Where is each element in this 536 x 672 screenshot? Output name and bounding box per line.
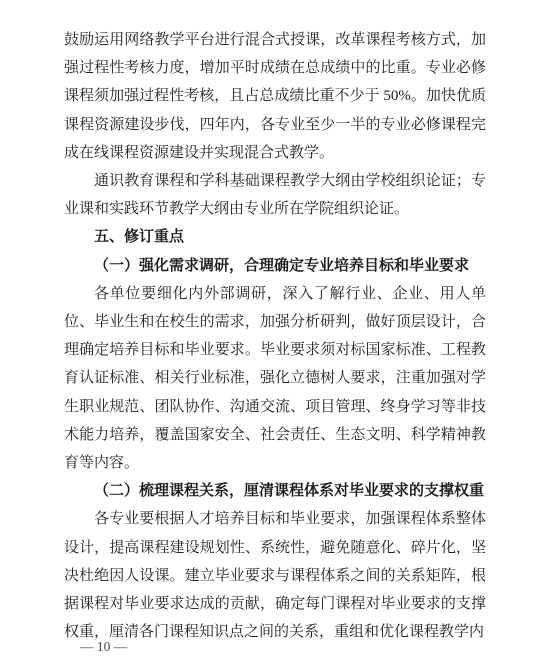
paragraph-course-system-design: 各专业要根据人才培养目标和毕业要求，加强课程体系整体设计，提高课程建设规划性、系… <box>64 505 486 646</box>
subsection-heading-demand-research: （一）强化需求调研，合理确定专业培养目标和毕业要求 <box>64 252 486 280</box>
page-number: — 10 — <box>80 637 127 657</box>
subsection-heading-course-relations: （二）梳理课程关系，厘清课程体系对毕业要求的支撑权重 <box>64 477 486 505</box>
paragraph-demand-research-detail: 各单位要细化内外部调研，深入了解行业、企业、用人单位、毕业生和在校生的需求，加强… <box>64 280 486 477</box>
paragraph-blended-teaching-assessment: 鼓励运用网络教学平台进行混合式授课，改革课程考核方式，加强过程性考核力度，增加平… <box>64 26 486 167</box>
document-body: 鼓励运用网络教学平台进行混合式授课，改革课程考核方式，加强过程性考核力度，增加平… <box>64 26 486 646</box>
section-heading-revision-focus: 五、修订重点 <box>64 223 486 251</box>
paragraph-syllabus-review: 通识教育课程和学科基础课程教学大纲由学校组织论证；专业课和实践环节教学大纲由专业… <box>64 167 486 223</box>
document-page: 鼓励运用网络教学平台进行混合式授课，改革课程考核方式，加强过程性考核力度，增加平… <box>0 0 536 672</box>
